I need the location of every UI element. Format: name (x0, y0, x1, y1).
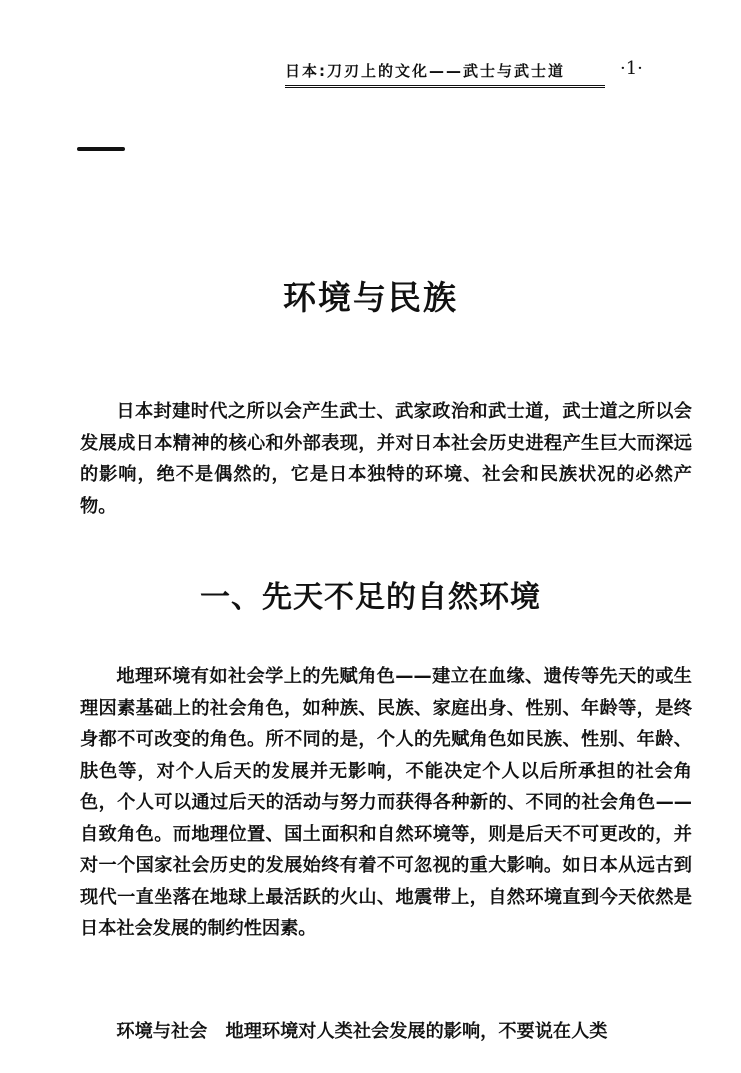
section-paragraph: 地理环境有如社会学上的先赋角色——建立在血缘、遗传等先天的或生理因素基础上的社会… (80, 661, 692, 945)
page-number: ·1· (620, 58, 643, 79)
subsection-paragraph: 环境与社会地理环境对人类社会发展的影响，不要说在人类 (80, 1016, 692, 1048)
run-in-heading: 环境与社会 (116, 1021, 207, 1042)
section-title: 一、先天不足的自然环境 (0, 572, 741, 616)
subsection-text: 地理环境对人类社会发展的影响，不要说在人类 (226, 1021, 608, 1042)
chapter-ornament (77, 147, 125, 151)
intro-paragraph: 日本封建时代之所以会产生武士、武家政治和武士道，武士道之所以会发展成日本精神的核… (80, 396, 692, 522)
chapter-title: 环境与民族 (0, 272, 741, 319)
running-head: 日本:刀刃上的文化——武士与武士道 (285, 60, 605, 88)
